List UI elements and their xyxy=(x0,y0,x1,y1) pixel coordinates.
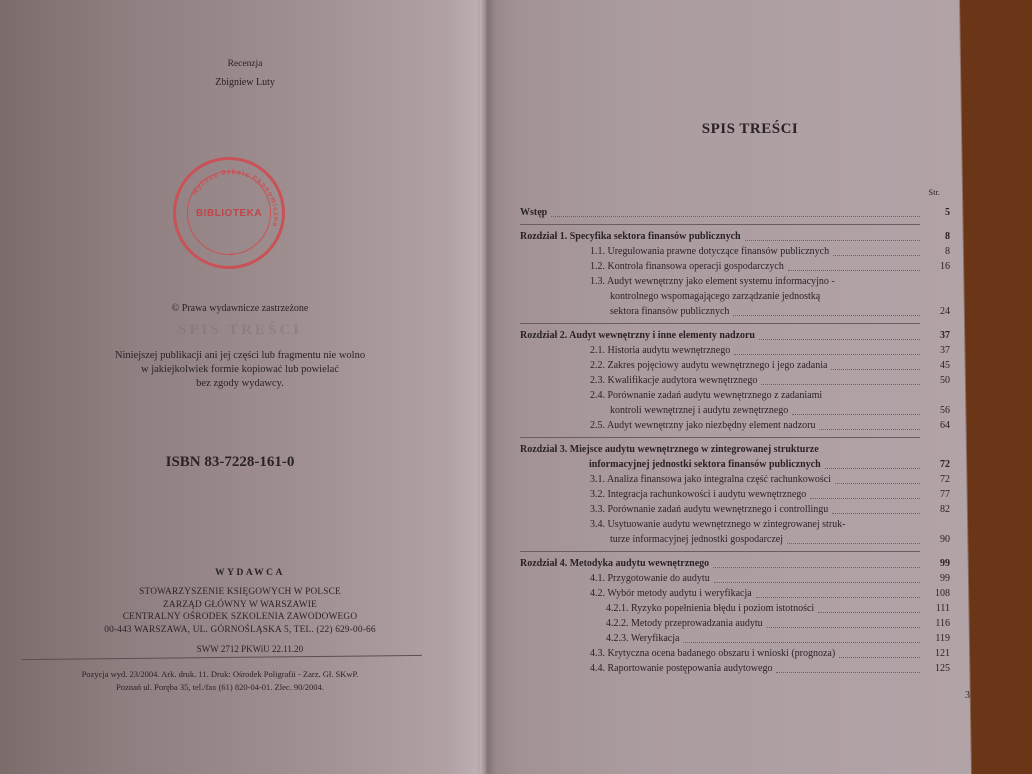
toc-entry-page: 24 xyxy=(924,304,950,319)
toc-entry: turze informacyjnej jednostki gospodarcz… xyxy=(520,532,950,547)
toc-entry-page: 72 xyxy=(924,457,950,472)
toc-leader-dots xyxy=(833,255,920,256)
notice-line: w jakiejkolwiek formie kopiować lub powi… xyxy=(60,363,420,377)
reproduction-notice: Niniejszej publikacji ani jej części lub… xyxy=(60,349,420,391)
toc-title: SPIS TREŚCI xyxy=(560,121,940,138)
toc-entry-line: kontrolnego wspomagającego zarządzanie j… xyxy=(520,289,950,304)
chapter-separator xyxy=(520,224,920,225)
toc-entry-text: turze informacyjnej jednostki gospodarcz… xyxy=(610,532,783,547)
toc-entry-page: 50 xyxy=(924,373,950,388)
toc-entry: informacyjnej jednostki sektora finansów… xyxy=(520,457,950,472)
toc-leader-dots xyxy=(713,567,920,568)
toc-leader-dots xyxy=(683,642,920,643)
toc-entry-page: 16 xyxy=(924,259,950,274)
toc-entry: kontroli wewnętrznej i audytu zewnętrzne… xyxy=(520,403,950,418)
toc-entry-text: Rozdział 4. Metodyka audytu wewnętrznego xyxy=(520,556,709,571)
toc-entry-page: 99 xyxy=(924,556,950,571)
toc-entry-page: 77 xyxy=(924,487,950,502)
toc-leader-dots xyxy=(761,384,920,385)
toc-entry-text: 2.5. Audyt wewnętrzny jako niezbędny ele… xyxy=(590,418,815,433)
toc-leader-dots xyxy=(835,483,920,484)
toc-leader-dots xyxy=(825,468,920,469)
notice-line: Niniejszej publikacji ani jej części lub… xyxy=(60,349,420,363)
toc-leader-dots xyxy=(714,582,920,583)
imprint-line: Pozycja wyd. 23/2004. Ark. druk. 11. Dru… xyxy=(10,668,430,681)
imprint-line: Poznań ul. Porębа 35, tel./fax (61) 820-… xyxy=(10,681,430,694)
isbn: ISBN 83-7228-161-0 xyxy=(30,454,430,471)
toc-entry: 4.1. Przygotowanie do audytu99 xyxy=(520,571,950,586)
toc-entry-page: 72 xyxy=(924,472,950,487)
publisher-heading: WYDAWCA xyxy=(80,568,420,578)
table-of-contents: Wstęp5Rozdział 1. Specyfika sektora fina… xyxy=(520,205,950,676)
toc-entry: 4.2. Wybór metody audytu i weryfikacja10… xyxy=(520,586,950,601)
toc-entry: 4.2.2. Metody przeprowadzania audytu116 xyxy=(520,616,950,631)
toc-entry-text: Rozdział 2. Audyt wewnętrzny i inne elem… xyxy=(520,328,755,343)
toc-entry: 4.3. Krytyczna ocena badanego obszaru i … xyxy=(520,646,950,661)
toc-entry-text: informacyjnej jednostki sektora finansów… xyxy=(589,457,821,472)
toc-entry-page: 121 xyxy=(924,646,950,661)
toc-entry-text: Rozdział 1. Specyfika sektora finansów p… xyxy=(520,229,741,244)
stamp-ring-text: Wyższa Szkoła Ekonomiczna xyxy=(191,169,279,228)
toc-entry: 3.3. Porównanie zadań audytu wewnętrzneg… xyxy=(520,502,950,517)
toc-entry: 3.2. Integracja rachunkowości i audytu w… xyxy=(520,487,950,502)
toc-entry-page: 111 xyxy=(924,601,950,616)
toc-entry-page: 90 xyxy=(924,532,950,547)
library-stamp: Wyższa Szkoła Ekonomiczna * BIBLIOTEKA xyxy=(173,157,285,269)
toc-leader-dots xyxy=(767,627,920,628)
toc-leader-dots xyxy=(819,429,920,430)
toc-entry-text: 4.3. Krytyczna ocena badanego obszaru i … xyxy=(590,646,835,661)
show-through-text: SPIS TREŚCI xyxy=(70,322,410,339)
toc-entry: Rozdział 2. Audyt wewnętrzny i inne elem… xyxy=(520,328,950,343)
toc-entry-line: 2.4. Porównanie zadań audytu wewnętrzneg… xyxy=(520,388,950,403)
toc-entry-page: 45 xyxy=(924,358,950,373)
toc-entry-page: 8 xyxy=(924,229,950,244)
sww-code: SWW 2712 PKWiU 22.11.20 xyxy=(80,644,420,654)
toc-entry-page: 64 xyxy=(924,418,950,433)
toc-entry-text: Wstęp xyxy=(520,205,547,220)
page-column-label: Str. xyxy=(900,187,940,197)
toc-entry: 2.5. Audyt wewnętrzny jako niezbędny ele… xyxy=(520,418,950,433)
toc-entry-page: 82 xyxy=(924,502,950,517)
chapter-separator xyxy=(520,437,920,438)
toc-leader-dots xyxy=(551,216,920,217)
toc-entry: Rozdział 4. Metodyka audytu wewnętrznego… xyxy=(520,556,950,571)
toc-entry-text: 4.2.1. Ryzyko popełnienia błędu i poziom… xyxy=(606,601,814,616)
toc-leader-dots xyxy=(788,270,920,271)
toc-entry-page: 37 xyxy=(924,328,950,343)
toc-leader-dots xyxy=(818,612,920,613)
toc-leader-dots xyxy=(745,240,920,241)
toc-entry: 2.1. Historia audytu wewnętrznego37 xyxy=(520,343,950,358)
notice-line: bez zgody wydawcy. xyxy=(60,377,420,391)
toc-entry: 3.1. Analiza finansowa jako integralna c… xyxy=(520,472,950,487)
toc-entry-text: 2.3. Kwalifikacje audytora wewnętrznego xyxy=(590,373,757,388)
publisher-line: CENTRALNY OŚRODEK SZKOLENIA ZAWODOWEGO xyxy=(40,611,440,624)
toc-entry-text: kontroli wewnętrznej i audytu zewnętrzne… xyxy=(610,403,788,418)
publisher-address: STOWARZYSZENIE KSIĘGOWYCH W POLSCE ZARZĄ… xyxy=(40,586,440,636)
toc-entry-text: 4.2.3. Weryfikacja xyxy=(606,631,679,646)
toc-entry: Wstęp5 xyxy=(520,205,950,220)
review-label: Recenzja xyxy=(140,59,350,69)
toc-entry-text: 3.3. Porównanie zadań audytu wewnętrzneg… xyxy=(590,502,828,517)
toc-entry-page: 5 xyxy=(924,205,950,220)
toc-leader-dots xyxy=(776,672,920,673)
copyright-notice: © Prawa wydawnicze zastrzeżone xyxy=(60,303,420,314)
toc-entry: 4.2.1. Ryzyko popełnienia błędu i poziom… xyxy=(520,601,950,616)
toc-leader-dots xyxy=(810,498,920,499)
toc-entry-page: 125 xyxy=(924,661,950,676)
toc-leader-dots xyxy=(756,597,920,598)
toc-entry: 1.2. Kontrola finansowa operacji gospoda… xyxy=(520,259,950,274)
toc-leader-dots xyxy=(792,414,920,415)
toc-entry: 1.1. Uregulowania prawne dotyczące finan… xyxy=(520,244,950,259)
toc-leader-dots xyxy=(787,543,920,544)
toc-entry-page: 108 xyxy=(924,586,950,601)
toc-entry-text: 4.4. Raportowanie postępowania audytoweg… xyxy=(590,661,772,676)
toc-entry-line: 3.4. Usytuowanie audytu wewnętrznego w z… xyxy=(520,517,950,532)
toc-entry: 4.2.3. Weryfikacja119 xyxy=(520,631,950,646)
toc-entry-page: 37 xyxy=(924,343,950,358)
toc-entry-line: Rozdział 3. Miejsce audytu wewnętrznego … xyxy=(520,442,950,457)
publisher-line: 00-443 WARSZAWA, UL. GÓRNOŚLĄSKA 5, TEL.… xyxy=(40,624,440,637)
toc-entry: sektora finansów publicznych24 xyxy=(520,304,950,319)
book-cover-edge xyxy=(960,0,1032,774)
svg-text:Wyższa Szkoła Ekonomiczna: Wyższa Szkoła Ekonomiczna xyxy=(191,169,279,228)
toc-entry: 4.4. Raportowanie postępowania audytoweg… xyxy=(520,661,950,676)
toc-leader-dots xyxy=(832,513,920,514)
reviewer-name: Zbigniew Luty xyxy=(140,77,350,88)
toc-entry: 2.3. Kwalifikacje audytora wewnętrznego5… xyxy=(520,373,950,388)
book-photo: Recenzja Zbigniew Luty Wyższa Szkoła Eko… xyxy=(0,0,1032,774)
chapter-separator xyxy=(520,323,920,324)
toc-leader-dots xyxy=(733,315,920,316)
toc-entry-page: 56 xyxy=(924,403,950,418)
toc-leader-dots xyxy=(831,369,920,370)
svg-text:*: * xyxy=(230,251,234,260)
toc-entry-page: 8 xyxy=(924,244,950,259)
toc-entry-text: 1.2. Kontrola finansowa operacji gospoda… xyxy=(590,259,784,274)
toc-leader-dots xyxy=(734,354,920,355)
page-number: 3 xyxy=(940,690,970,701)
toc-entry-text: 2.1. Historia audytu wewnętrznego xyxy=(590,343,730,358)
publisher-line: STOWARZYSZENIE KSIĘGOWYCH W POLSCE xyxy=(40,586,440,599)
chapter-separator xyxy=(520,551,920,552)
toc-entry-text: 2.2. Zakres pojęciowy audytu wewnętrzneg… xyxy=(590,358,827,373)
publisher-line: ZARZĄD GŁÓWNY W WARSZAWIE xyxy=(40,599,440,612)
toc-entry-text: sektora finansów publicznych xyxy=(610,304,729,319)
book-spine xyxy=(480,0,496,774)
toc-entry-page: 116 xyxy=(924,616,950,631)
toc-entry-text: 4.2.2. Metody przeprowadzania audytu xyxy=(606,616,763,631)
toc-entry-page: 119 xyxy=(924,631,950,646)
toc-leader-dots xyxy=(839,657,920,658)
toc-entry-line: 1.3. Audyt wewnętrzny jako element syste… xyxy=(520,274,950,289)
toc-entry-text: 3.2. Integracja rachunkowości i audytu w… xyxy=(590,487,806,502)
toc-entry-text: 3.1. Analiza finansowa jako integralna c… xyxy=(590,472,831,487)
toc-entry-page: 99 xyxy=(924,571,950,586)
toc-entry-text: 4.1. Przygotowanie do audytu xyxy=(590,571,710,586)
toc-entry-text: 1.1. Uregulowania prawne dotyczące finan… xyxy=(590,244,829,259)
toc-entry: Rozdział 1. Specyfika sektora finansów p… xyxy=(520,229,950,244)
stamp-ring-icon: Wyższa Szkoła Ekonomiczna * xyxy=(176,160,288,272)
toc-entry-text: 4.2. Wybór metody audytu i weryfikacja xyxy=(590,586,752,601)
printing-imprint: Pozycja wyd. 23/2004. Ark. druk. 11. Dru… xyxy=(10,668,430,694)
toc-leader-dots xyxy=(759,339,920,340)
toc-entry: 2.2. Zakres pojęciowy audytu wewnętrzneg… xyxy=(520,358,950,373)
